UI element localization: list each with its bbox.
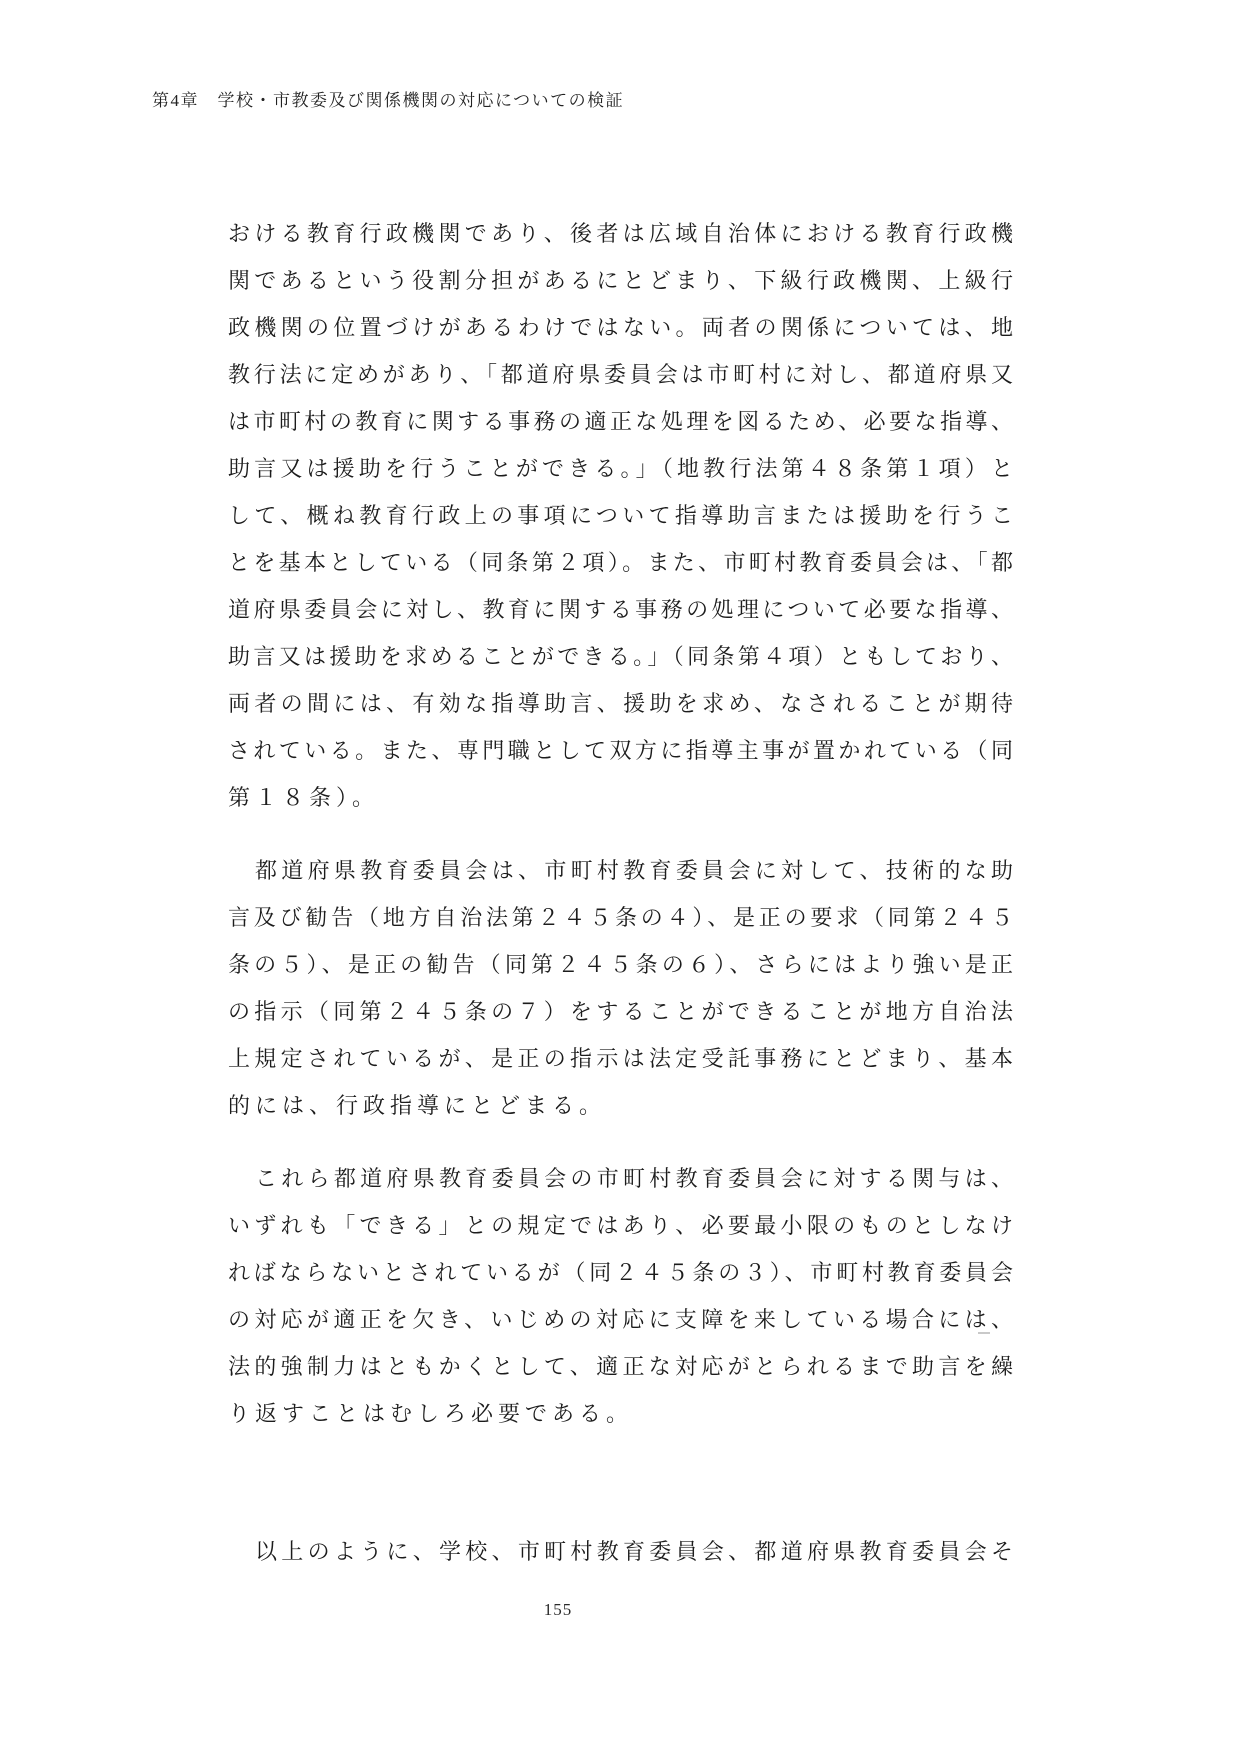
text-line: されている。また、専門職として双方に指導主事が置かれている（同: [228, 727, 1013, 774]
page: 第4章 学校・市教委及び関係機関の対応についての検証 おける教育行政機関であり、…: [0, 0, 1239, 1754]
text-line: 条の５）、是正の勧告（同第２４５条の６）、さらにはより強い是正: [228, 941, 1013, 988]
text-line: 助言又は援助を求めることができる。」（同条第４項）ともしており、: [228, 633, 1013, 680]
text-line: の対応が適正を欠き、いじめの対応に支障を来している場合には、: [228, 1296, 1013, 1343]
text-line: 助言又は援助を行うことができる。」（地教行法第４８条第１項）と: [228, 445, 1013, 492]
paragraph: 都道府県教育委員会は、市町村教育委員会に対して、技術的な助 言及び勧告（地方自治…: [228, 847, 1013, 1129]
scan-artifact: [978, 1332, 990, 1334]
text-line: り返すことはむしろ必要である。: [228, 1390, 1013, 1437]
text-line: 関であるという役割分担があるにとどまり、下級行政機関、上級行: [228, 257, 1013, 304]
text-line: は市町村の教育に関する事務の適正な処理を図るため、必要な指導、: [228, 398, 1013, 445]
page-number: 155: [228, 1600, 888, 1620]
text-line: 的には、行政指導にとどまる。: [228, 1082, 1013, 1129]
text-line: いずれも「できる」との規定ではあり、必要最小限のものとしなけ: [228, 1202, 1013, 1249]
text-line: とを基本としている（同条第２項）。また、市町村教育委員会は、「都: [228, 539, 1013, 586]
paragraph: 以上のように、学校、市町村教育委員会、都道府県教育委員会そ: [228, 1528, 1013, 1575]
text-line: 道府県委員会に対し、教育に関する事務の処理について必要な指導、: [228, 586, 1013, 633]
text-line: 両者の間には、有効な指導助言、援助を求め、なされることが期待: [228, 680, 1013, 727]
body-text: おける教育行政機関であり、後者は広域自治体における教育行政機 関であるという役割…: [228, 210, 1013, 1575]
text-line: 政機関の位置づけがあるわけではない。両者の関係については、地: [228, 304, 1013, 351]
text-line: おける教育行政機関であり、後者は広域自治体における教育行政機: [228, 210, 1013, 257]
text-line: 教行法に定めがあり、「都道府県委員会は市町村に対し、都道府県又: [228, 351, 1013, 398]
text-line: これら都道府県教育委員会の市町村教育委員会に対する関与は、: [228, 1155, 1013, 1202]
text-line: 法的強制力はともかくとして、適正な対応がとられるまで助言を繰: [228, 1343, 1013, 1390]
text-line: 上規定されているが、是正の指示は法定受託事務にとどまり、基本: [228, 1035, 1013, 1082]
text-line: 言及び勧告（地方自治法第２４５条の４）、是正の要求（同第２４５: [228, 894, 1013, 941]
text-line: 以上のように、学校、市町村教育委員会、都道府県教育委員会そ: [228, 1528, 1013, 1575]
text-line: して、概ね教育行政上の事項について指導助言または援助を行うこ: [228, 492, 1013, 539]
chapter-header: 第4章 学校・市教委及び関係機関の対応についての検証: [152, 86, 624, 111]
paragraph: これら都道府県教育委員会の市町村教育委員会に対する関与は、 いずれも「できる」と…: [228, 1155, 1013, 1437]
paragraph: おける教育行政機関であり、後者は広域自治体における教育行政機 関であるという役割…: [228, 210, 1013, 821]
text-line: 第１８条）。: [228, 774, 1013, 821]
text-line: 都道府県教育委員会は、市町村教育委員会に対して、技術的な助: [228, 847, 1013, 894]
text-line: の指示（同第２４５条の７）をすることができることが地方自治法: [228, 988, 1013, 1035]
text-line: ればならないとされているが（同２４５条の３）、市町村教育委員会: [228, 1249, 1013, 1296]
